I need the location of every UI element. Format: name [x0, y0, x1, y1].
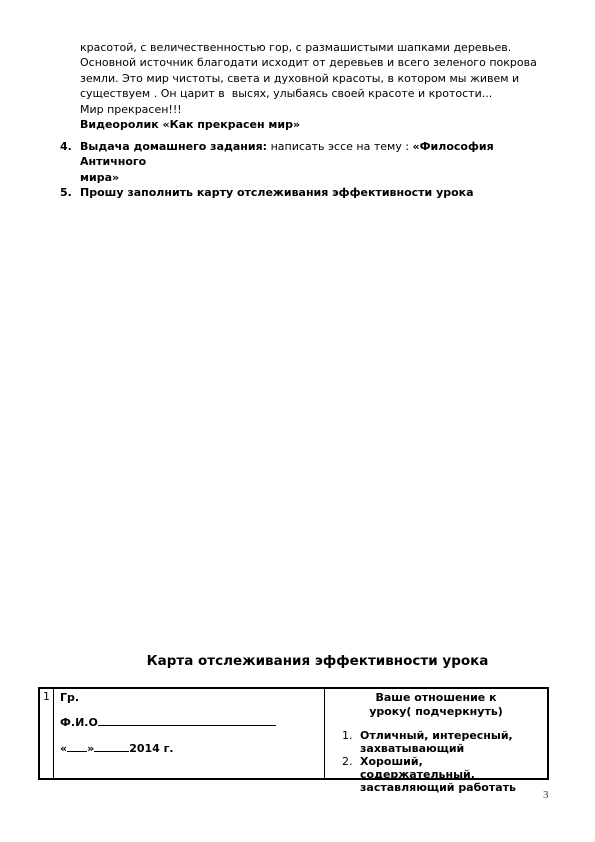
- video-clip-line: Видеоролик «Как прекрасен мир»: [80, 117, 550, 132]
- fio-label: Ф.И.О: [60, 716, 98, 729]
- attitude-options: 1. Отличный, интересный,захватывающий 2.…: [325, 729, 547, 794]
- paragraph-line: земли. Это мир чистоты, света и духовной…: [80, 71, 550, 86]
- option-line: Отличный, интересный,: [360, 729, 513, 742]
- paragraph-line: Мир прекрасен!!!: [80, 102, 550, 117]
- day-blank-line: [67, 741, 87, 752]
- group-label: Гр.: [60, 691, 324, 704]
- option-line: заставляющий работать: [360, 781, 537, 794]
- student-info-cell: Гр. Ф.И.О «»2014 г.: [54, 689, 325, 778]
- page-number: 3: [543, 789, 549, 801]
- quote-close: »: [87, 742, 94, 755]
- paragraph-line: существуем . Он царит в высях, улыбаясь …: [80, 86, 550, 101]
- attitude-cell: Ваше отношение к уроку( подчеркнуть) 1. …: [325, 689, 547, 778]
- agenda-item-5: 5. Прошу заполнить карту отслеживания эф…: [60, 185, 552, 200]
- quote-open: «: [60, 742, 67, 755]
- paragraph-line: Основной источник благодати исходит от д…: [80, 55, 550, 70]
- month-blank-line: [94, 741, 129, 752]
- attitude-option-2: 2. Хороший, содержательный,заставляющий …: [342, 755, 547, 794]
- date-row: «»2014 г.: [60, 741, 324, 755]
- item-text: Прошу заполнить карту отслеживания эффек…: [80, 185, 552, 200]
- tracking-card-table: 1 Гр. Ф.И.О «»2014 г. Ваше отношение к у…: [38, 687, 549, 780]
- year-label: 2014 г.: [129, 742, 173, 755]
- attitude-option-1: 1. Отличный, интересный,захватывающий: [342, 729, 547, 755]
- item-number: 5.: [60, 185, 80, 200]
- option-line: захватывающий: [360, 742, 537, 755]
- agenda-list: 4. Выдача домашнего задания: написать эс…: [60, 139, 552, 201]
- fio-row: Ф.И.О: [60, 715, 324, 729]
- attitude-header-line1: Ваше отношение к: [325, 691, 547, 705]
- agenda-item-4: 4. Выдача домашнего задания: написать эс…: [60, 139, 552, 185]
- fio-blank-line: [98, 715, 276, 726]
- attitude-header-line2: уроку( подчеркнуть): [325, 705, 547, 719]
- option-text: Отличный, интересный,захватывающий: [360, 729, 547, 755]
- item-text: Выдача домашнего задания: написать эссе …: [80, 139, 552, 185]
- homework-task: написать эссе на тему :: [267, 140, 412, 153]
- card-title: Карта отслеживания эффективности урока: [80, 653, 555, 669]
- paragraph-line: красотой, с величественностью гор, с раз…: [80, 40, 550, 55]
- option-number: 1.: [342, 729, 360, 755]
- option-line: Хороший, содержательный,: [360, 755, 475, 781]
- lesson-text-paragraph: красотой, с величественностью гор, с раз…: [80, 40, 550, 132]
- homework-lead: Выдача домашнего задания:: [80, 140, 267, 153]
- item-number: 4.: [60, 139, 80, 185]
- document-page: красотой, с величественностью гор, с раз…: [0, 0, 595, 842]
- essay-topic-line2: мира»: [80, 170, 552, 185]
- row-number-cell: 1: [40, 689, 54, 778]
- option-number: 2.: [342, 755, 360, 794]
- option-text: Хороший, содержательный,заставляющий раб…: [360, 755, 547, 794]
